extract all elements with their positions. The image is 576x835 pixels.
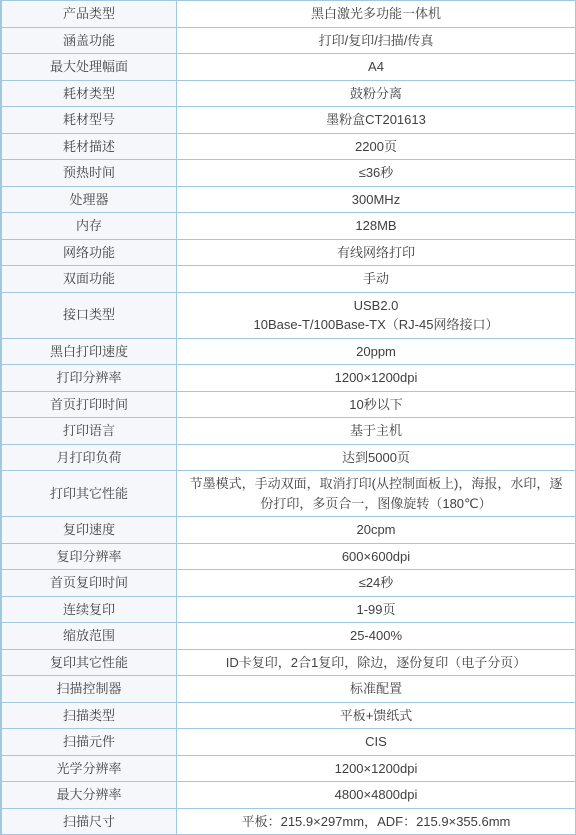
spec-value: ID卡复印，2合1复印，除边，逐份复印（电子分页）: [177, 649, 576, 676]
spec-value-line: 1-99页: [185, 600, 567, 620]
table-row: 复印速度20cpm: [1, 517, 576, 544]
spec-value: 达到5000页: [177, 444, 576, 471]
spec-value: 600×600dpi: [177, 543, 576, 570]
spec-value-line: 打印/复印/扫描/传真: [185, 31, 567, 51]
spec-value-line: 300MHz: [185, 190, 567, 210]
spec-value: 标准配置: [177, 676, 576, 703]
spec-label: 光学分辨率: [1, 755, 177, 782]
spec-label: 扫描元件: [1, 729, 177, 756]
spec-value-line: CIS: [185, 732, 567, 752]
spec-label: 缩放范围: [1, 623, 177, 650]
table-row: 首页打印时间10秒以下: [1, 391, 576, 418]
spec-value-line: 墨粉盒CT201613: [185, 110, 567, 130]
table-row: 月打印负荷达到5000页: [1, 444, 576, 471]
table-row: 复印其它性能ID卡复印，2合1复印，除边，逐份复印（电子分页）: [1, 649, 576, 676]
table-row: 扫描尺寸平板：215.9×297mm，ADF：215.9×355.6mm: [1, 808, 576, 835]
spec-value-line: 鼓粉分离: [185, 84, 567, 104]
spec-value: 10秒以下: [177, 391, 576, 418]
spec-value-line: 节墨模式，手动双面，取消打印(从控制面板上)，海报，水印，逐份打印，多页合一，图…: [185, 474, 567, 513]
spec-value: 有线网络打印: [177, 239, 576, 266]
table-row: 打印分辨率1200×1200dpi: [1, 365, 576, 392]
spec-value: ≤24秒: [177, 570, 576, 597]
spec-value-line: 4800×4800dpi: [185, 785, 567, 805]
spec-value: 手动: [177, 266, 576, 293]
table-row: 接口类型USB2.010Base-T/100Base-TX（RJ-45网络接口）: [1, 292, 576, 338]
spec-value-line: 1200×1200dpi: [185, 368, 567, 388]
table-row: 最大处理幅面A4: [1, 54, 576, 81]
spec-value-line: USB2.0: [185, 296, 567, 316]
spec-label: 月打印负荷: [1, 444, 177, 471]
spec-label: 耗材类型: [1, 80, 177, 107]
table-row: 耗材型号墨粉盒CT201613: [1, 107, 576, 134]
spec-value: 2200页: [177, 133, 576, 160]
spec-value-line: 1200×1200dpi: [185, 759, 567, 779]
table-row: 扫描元件CIS: [1, 729, 576, 756]
spec-value-line: 有线网络打印: [185, 243, 567, 263]
spec-label: 最大分辨率: [1, 782, 177, 809]
spec-label: 接口类型: [1, 292, 177, 338]
spec-value-line: 达到5000页: [185, 448, 567, 468]
spec-value: 300MHz: [177, 186, 576, 213]
spec-value-line: 10秒以下: [185, 395, 567, 415]
spec-value: 平板：215.9×297mm，ADF：215.9×355.6mm: [177, 808, 576, 835]
table-row: 打印语言基于主机: [1, 418, 576, 445]
spec-label: 耗材描述: [1, 133, 177, 160]
spec-value-line: ID卡复印，2合1复印，除边，逐份复印（电子分页）: [185, 653, 567, 673]
table-row: 预热时间≤36秒: [1, 160, 576, 187]
table-row: 扫描类型平板+馈纸式: [1, 702, 576, 729]
spec-label: 产品类型: [1, 1, 177, 28]
table-row: 耗材描述2200页: [1, 133, 576, 160]
spec-label: 扫描尺寸: [1, 808, 177, 835]
spec-label: 扫描类型: [1, 702, 177, 729]
spec-value-line: 20ppm: [185, 342, 567, 362]
spec-value-line: 128MB: [185, 216, 567, 236]
spec-value-line: 10Base-T/100Base-TX（RJ-45网络接口）: [185, 315, 567, 335]
table-row: 最大分辨率4800×4800dpi: [1, 782, 576, 809]
table-row: 打印其它性能节墨模式，手动双面，取消打印(从控制面板上)，海报，水印，逐份打印，…: [1, 471, 576, 517]
spec-label: 打印语言: [1, 418, 177, 445]
spec-label: 复印分辨率: [1, 543, 177, 570]
spec-value: A4: [177, 54, 576, 81]
spec-value: 节墨模式，手动双面，取消打印(从控制面板上)，海报，水印，逐份打印，多页合一，图…: [177, 471, 576, 517]
table-row: 扫描控制器标准配置: [1, 676, 576, 703]
spec-value-line: 2200页: [185, 137, 567, 157]
spec-value: USB2.010Base-T/100Base-TX（RJ-45网络接口）: [177, 292, 576, 338]
spec-value-line: 20cpm: [185, 520, 567, 540]
table-row: 复印分辨率600×600dpi: [1, 543, 576, 570]
spec-label: 预热时间: [1, 160, 177, 187]
spec-value-line: A4: [185, 57, 567, 77]
spec-value: 4800×4800dpi: [177, 782, 576, 809]
spec-label: 复印其它性能: [1, 649, 177, 676]
table-row: 网络功能有线网络打印: [1, 239, 576, 266]
spec-value: 128MB: [177, 213, 576, 240]
spec-label: 黑白打印速度: [1, 338, 177, 365]
spec-value: CIS: [177, 729, 576, 756]
spec-label: 内存: [1, 213, 177, 240]
spec-value: 20cpm: [177, 517, 576, 544]
table-row: 产品类型黑白激光多功能一体机: [1, 1, 576, 28]
spec-value: 25-400%: [177, 623, 576, 650]
spec-value-line: ≤36秒: [185, 163, 567, 183]
spec-label: 首页打印时间: [1, 391, 177, 418]
spec-table: 产品类型黑白激光多功能一体机涵盖功能打印/复印/扫描/传真最大处理幅面A4耗材类…: [0, 0, 576, 835]
spec-value: 鼓粉分离: [177, 80, 576, 107]
table-row: 光学分辨率1200×1200dpi: [1, 755, 576, 782]
spec-value: 20ppm: [177, 338, 576, 365]
table-row: 内存128MB: [1, 213, 576, 240]
spec-value-line: 基于主机: [185, 421, 567, 441]
table-row: 耗材类型鼓粉分离: [1, 80, 576, 107]
spec-value-line: 标准配置: [185, 679, 567, 699]
spec-value: 打印/复印/扫描/传真: [177, 27, 576, 54]
table-row: 黑白打印速度20ppm: [1, 338, 576, 365]
spec-value: 基于主机: [177, 418, 576, 445]
spec-label: 复印速度: [1, 517, 177, 544]
spec-value-line: 600×600dpi: [185, 547, 567, 567]
spec-value: 1-99页: [177, 596, 576, 623]
spec-value: ≤36秒: [177, 160, 576, 187]
spec-value: 1200×1200dpi: [177, 365, 576, 392]
spec-value-line: 平板+馈纸式: [185, 706, 567, 726]
table-row: 首页复印时间≤24秒: [1, 570, 576, 597]
spec-value: 1200×1200dpi: [177, 755, 576, 782]
spec-label: 耗材型号: [1, 107, 177, 134]
spec-value: 平板+馈纸式: [177, 702, 576, 729]
spec-value-line: 平板：215.9×297mm，ADF：215.9×355.6mm: [185, 812, 567, 832]
table-row: 涵盖功能打印/复印/扫描/传真: [1, 27, 576, 54]
spec-value: 黑白激光多功能一体机: [177, 1, 576, 28]
spec-label: 网络功能: [1, 239, 177, 266]
table-row: 处理器300MHz: [1, 186, 576, 213]
spec-label: 首页复印时间: [1, 570, 177, 597]
spec-label: 最大处理幅面: [1, 54, 177, 81]
table-row: 双面功能手动: [1, 266, 576, 293]
spec-label: 连续复印: [1, 596, 177, 623]
table-row: 缩放范围25-400%: [1, 623, 576, 650]
spec-table-body: 产品类型黑白激光多功能一体机涵盖功能打印/复印/扫描/传真最大处理幅面A4耗材类…: [1, 1, 576, 835]
spec-value: 墨粉盒CT201613: [177, 107, 576, 134]
spec-value-line: 黑白激光多功能一体机: [185, 4, 567, 24]
spec-label: 打印其它性能: [1, 471, 177, 517]
spec-value-line: 25-400%: [185, 626, 567, 646]
spec-label: 涵盖功能: [1, 27, 177, 54]
spec-label: 双面功能: [1, 266, 177, 293]
product-spec-page: 产品类型黑白激光多功能一体机涵盖功能打印/复印/扫描/传真最大处理幅面A4耗材类…: [0, 0, 576, 835]
spec-value-line: 手动: [185, 269, 567, 289]
spec-value-line: ≤24秒: [185, 573, 567, 593]
spec-label: 处理器: [1, 186, 177, 213]
table-row: 连续复印1-99页: [1, 596, 576, 623]
spec-label: 打印分辨率: [1, 365, 177, 392]
spec-label: 扫描控制器: [1, 676, 177, 703]
